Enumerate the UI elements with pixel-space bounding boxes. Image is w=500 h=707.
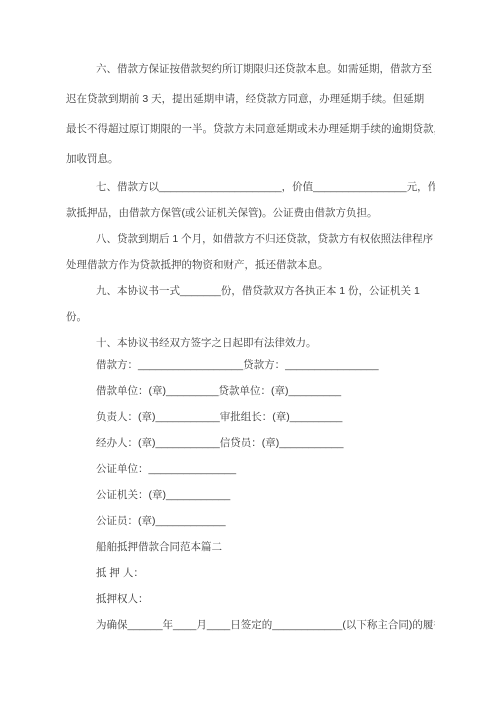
clause-8-line-2: 处理借款方作为贷款抵押的物资和财产，抵还借款本息。	[66, 252, 435, 278]
clause-6-line-4: 加收罚息。	[66, 144, 435, 174]
clause-6-line-2: 迟在贷款到期前 3 天，提出延期申请，经贷款方同意，办理延期手续。但延期	[66, 84, 435, 114]
clause-9-line-2: 份。	[66, 304, 435, 330]
signature-block: 借款方：__________________贷款方：______________…	[66, 352, 435, 534]
clause-9-line-1: 九、本协议书一式_______份，借贷款双方各执正本 1 份，公证机关 1	[66, 278, 435, 304]
signature-handler-credit-officer-line: 经办人：(章)___________信贷员：(章)___________	[66, 430, 435, 456]
signature-notary-office-line: 公证机关：(章)___________	[66, 482, 435, 508]
signature-responsible-approver-line: 负责人：(章)___________审批组长：(章)_________	[66, 404, 435, 430]
section-2: 船舶抵押借款合同范本篇二 抵 押 人： 抵押权人： 为确保______年____…	[66, 534, 435, 638]
mortgagee-label: 抵押权人：	[66, 586, 435, 612]
clause-7-line-1: 七、借款方以_____________________，价值__________…	[66, 174, 435, 200]
mortgagor-label: 抵 押 人：	[66, 560, 435, 586]
clause-6-line-3: 最长不得超过原订期限的一半。贷款方未同意延期或未办理延期手续的逾期贷款，	[66, 114, 435, 144]
clause-6-line-1: 六、借款方保证按借款契约所订期限归还贷款本息。如需延期，借款方至	[66, 54, 435, 84]
clause-8-line-1: 八、贷款到期后 1 个月，如借款方不归还贷款，贷款方有权依照法律程序	[66, 226, 435, 252]
clause-9: 九、本协议书一式_______份，借贷款双方各执正本 1 份，公证机关 1 份。	[66, 278, 435, 330]
section-2-opening-line: 为确保______年____月____日签定的____________(以下称主…	[66, 612, 435, 638]
signature-notary-person-line: 公证员：(章)____________	[66, 508, 435, 534]
contract-document-page: 六、借款方保证按借款契约所订期限归还贷款本息。如需延期，借款方至 迟在贷款到期前…	[0, 0, 500, 707]
clause-8: 八、贷款到期后 1 个月，如借款方不归还贷款，贷款方有权依照法律程序 处理借款方…	[66, 226, 435, 278]
section-2-title: 船舶抵押借款合同范本篇二	[66, 534, 435, 560]
signature-notary-unit-line: 公证单位：_______________	[66, 456, 435, 482]
signature-borrow-unit-lend-unit-line: 借款单位：(章)_________贷款单位：(章)_________	[66, 378, 435, 404]
signature-borrower-lender-line: 借款方：__________________贷款方：______________…	[66, 352, 435, 378]
clause-7: 七、借款方以_____________________，价值__________…	[66, 174, 435, 226]
clause-7-line-2: 款抵押品，由借款方保管(或公证机关保管)。公证费由借款方负担。	[66, 200, 435, 226]
clause-6: 六、借款方保证按借款契约所订期限归还贷款本息。如需延期，借款方至 迟在贷款到期前…	[66, 54, 435, 174]
